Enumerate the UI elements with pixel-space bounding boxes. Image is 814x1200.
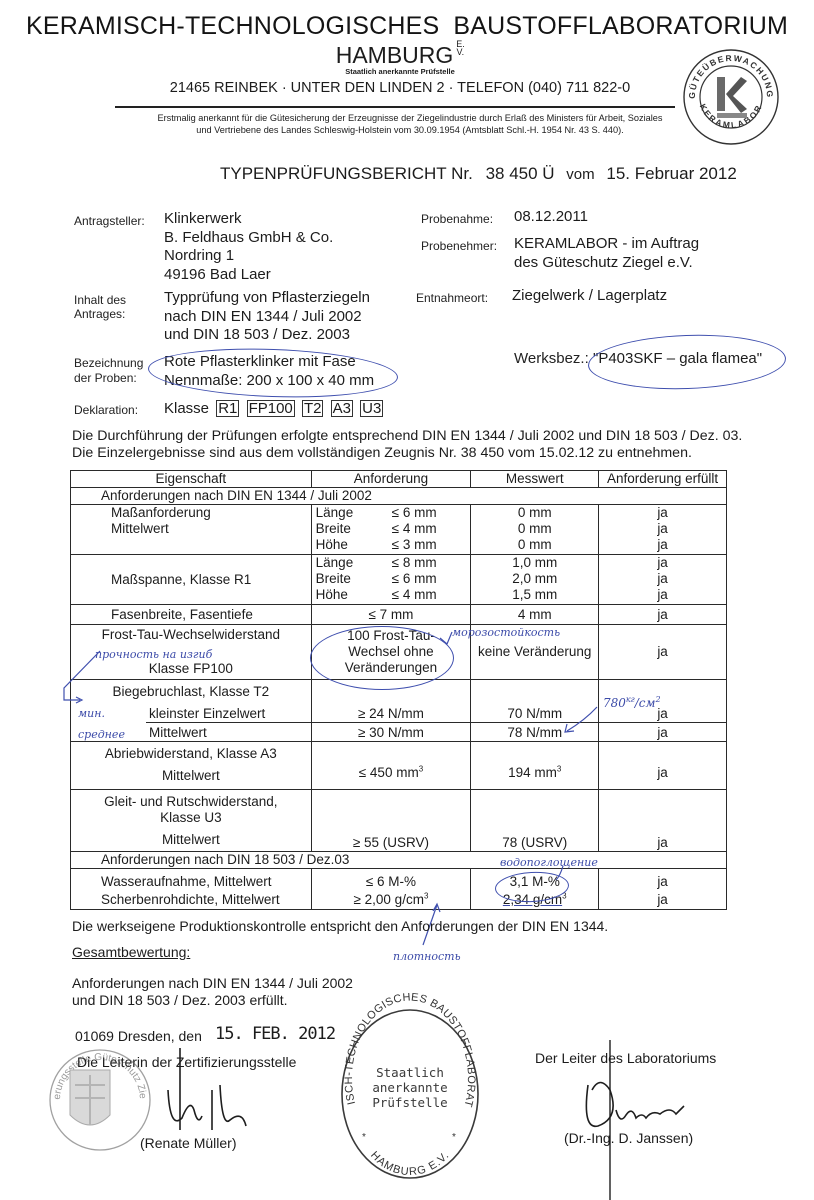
svg-text:Staatlich: Staatlich [376, 1065, 444, 1080]
laboratory-stamp-icon: KERAMISCH-TECHNOLOGISCHES BAUSTOFFLABORA… [340, 1002, 480, 1182]
svg-text:*: * [452, 1132, 456, 1143]
production-control-text: Die werkseigene Produktionskontrolle ent… [72, 918, 812, 935]
left-signature [150, 1040, 260, 1140]
svg-text:Prüfstelle: Prüfstelle [372, 1095, 447, 1110]
svg-text:HAMBURG E.V.: HAMBURG E.V. [368, 1149, 452, 1178]
gesamt-line: Anforderungen nach DIN EN 1344 / Juli 20… [72, 975, 812, 992]
svg-text:*: * [362, 1132, 366, 1143]
certification-stamp-icon: Zertifizierungsstelle Güteschutz Ziegel … [40, 1040, 160, 1160]
right-signature [560, 1030, 700, 1200]
svg-text:anerkannte: anerkannte [372, 1080, 447, 1095]
gesamt-heading: Gesamtbewertung: [72, 944, 812, 961]
